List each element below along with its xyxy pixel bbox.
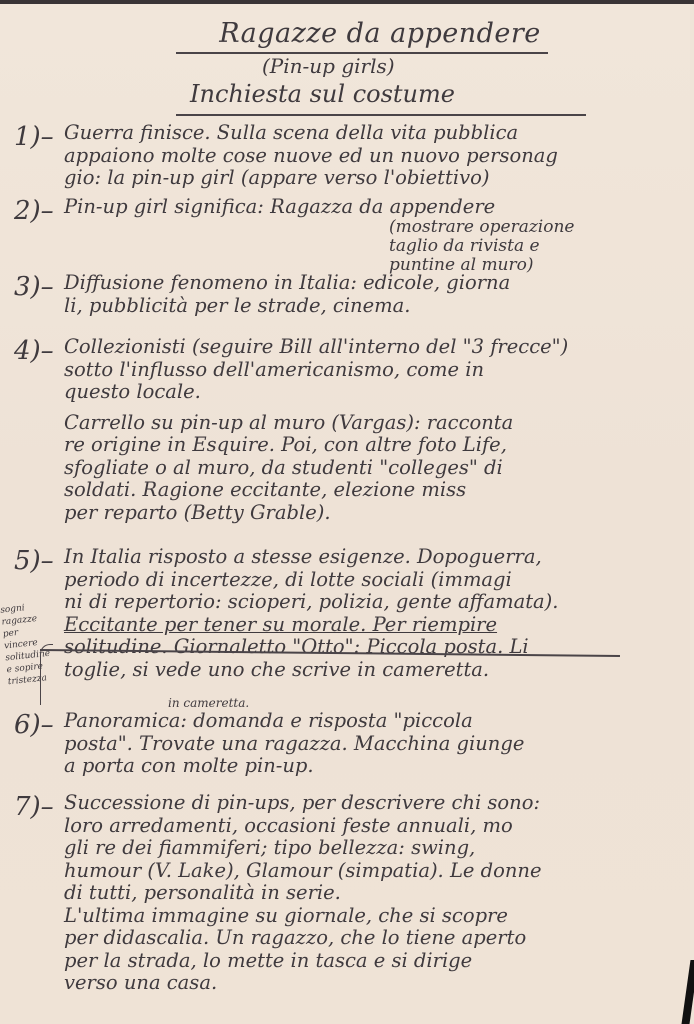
item-line: appaiono molte cose nuove ed un nuovo pe… bbox=[64, 145, 558, 168]
item-line: soldati. Ragione eccitante, elezione mis… bbox=[64, 479, 568, 502]
document-subtitle: (Pin-up girls) bbox=[262, 54, 395, 78]
item-line: Pin-up girl significa: Ragazza da append… bbox=[64, 196, 495, 219]
item-line: toglie, si vede uno che scrive in camere… bbox=[64, 659, 558, 682]
item-line: Carrello su pin-up al muro (Vargas): rac… bbox=[64, 412, 568, 435]
heading-underline bbox=[176, 114, 586, 116]
item-line: di tutti, personalità in serie. bbox=[64, 882, 542, 905]
item-line: per didascalia. Un ragazzo, che lo tiene… bbox=[64, 927, 542, 950]
item-number: 7)– bbox=[14, 792, 54, 822]
item-line: Panoramica: domanda e risposta "piccola bbox=[64, 710, 524, 733]
item-line: gli re dei fiammiferi; tipo bellezza: sw… bbox=[64, 837, 542, 860]
item-line: verso una casa. bbox=[64, 972, 542, 995]
item-line: Collezionisti (seguire Bill all'interno … bbox=[64, 336, 568, 359]
item-line: questo locale. bbox=[64, 381, 568, 404]
item-line: gio: la pin-up girl (appare verso l'obie… bbox=[64, 167, 558, 190]
item-line: L'ultima immagine su giornale, che si sc… bbox=[64, 905, 542, 928]
item-number: 2)– bbox=[14, 196, 54, 226]
manuscript-page: Ragazze da appendere (Pin-up girls) Inch… bbox=[0, 4, 690, 1024]
title-block: Ragazze da appendere bbox=[170, 18, 590, 50]
item-line: per reparto (Betty Grable). bbox=[64, 502, 568, 525]
item-line: Diffusione fenomeno in Italia: edicole, … bbox=[64, 272, 510, 295]
item-line: Guerra finisce. Sulla scena della vita p… bbox=[64, 122, 558, 145]
note-line: (mostrare operazione bbox=[389, 218, 574, 237]
item-line: loro arredamenti, occasioni feste annual… bbox=[64, 815, 542, 838]
item-number: 4)– bbox=[14, 336, 54, 366]
item-line: sotto l'influsso dell'americanismo, come… bbox=[64, 359, 568, 382]
item-number: 5)– bbox=[14, 546, 54, 576]
item-number: 1)– bbox=[14, 122, 54, 152]
item-line: posta". Trovate una ragazza. Macchina gi… bbox=[64, 733, 524, 756]
item-line: a porta con molte pin-up. bbox=[64, 755, 524, 778]
item-line: Successione di pin-ups, per descrivere c… bbox=[64, 792, 542, 815]
item-line: sfogliate o al muro, da studenti "colleg… bbox=[64, 457, 568, 480]
item-line: periodo di incertezze, di lotte sociali … bbox=[64, 569, 558, 592]
note-line: taglio da rivista e bbox=[389, 237, 574, 256]
item-line: per la strada, lo mette in tasca e si di… bbox=[64, 950, 542, 973]
document-heading: Inchiesta sul costume bbox=[190, 80, 455, 108]
item-line: re origine in Esquire. Poi, con altre fo… bbox=[64, 434, 568, 457]
item-line: humour (V. Lake), Glamour (simpatia). Le… bbox=[64, 860, 542, 883]
item-line: In Italia risposto a stesse esigenze. Do… bbox=[64, 546, 558, 569]
item-number: 3)– bbox=[14, 272, 54, 302]
item-line: ni di repertorio: scioperi, polizia, gen… bbox=[64, 591, 558, 614]
item-line-underlined: Eccitante per tener su morale. Per riemp… bbox=[64, 614, 558, 637]
item-line: li, pubblicità per le strade, cinema. bbox=[64, 295, 510, 318]
item-note: (mostrare operazione taglio da rivista e… bbox=[389, 218, 574, 275]
item-number: 6)– bbox=[14, 710, 54, 740]
margin-bracket bbox=[40, 644, 53, 705]
document-title: Ragazze da appendere bbox=[170, 18, 590, 50]
